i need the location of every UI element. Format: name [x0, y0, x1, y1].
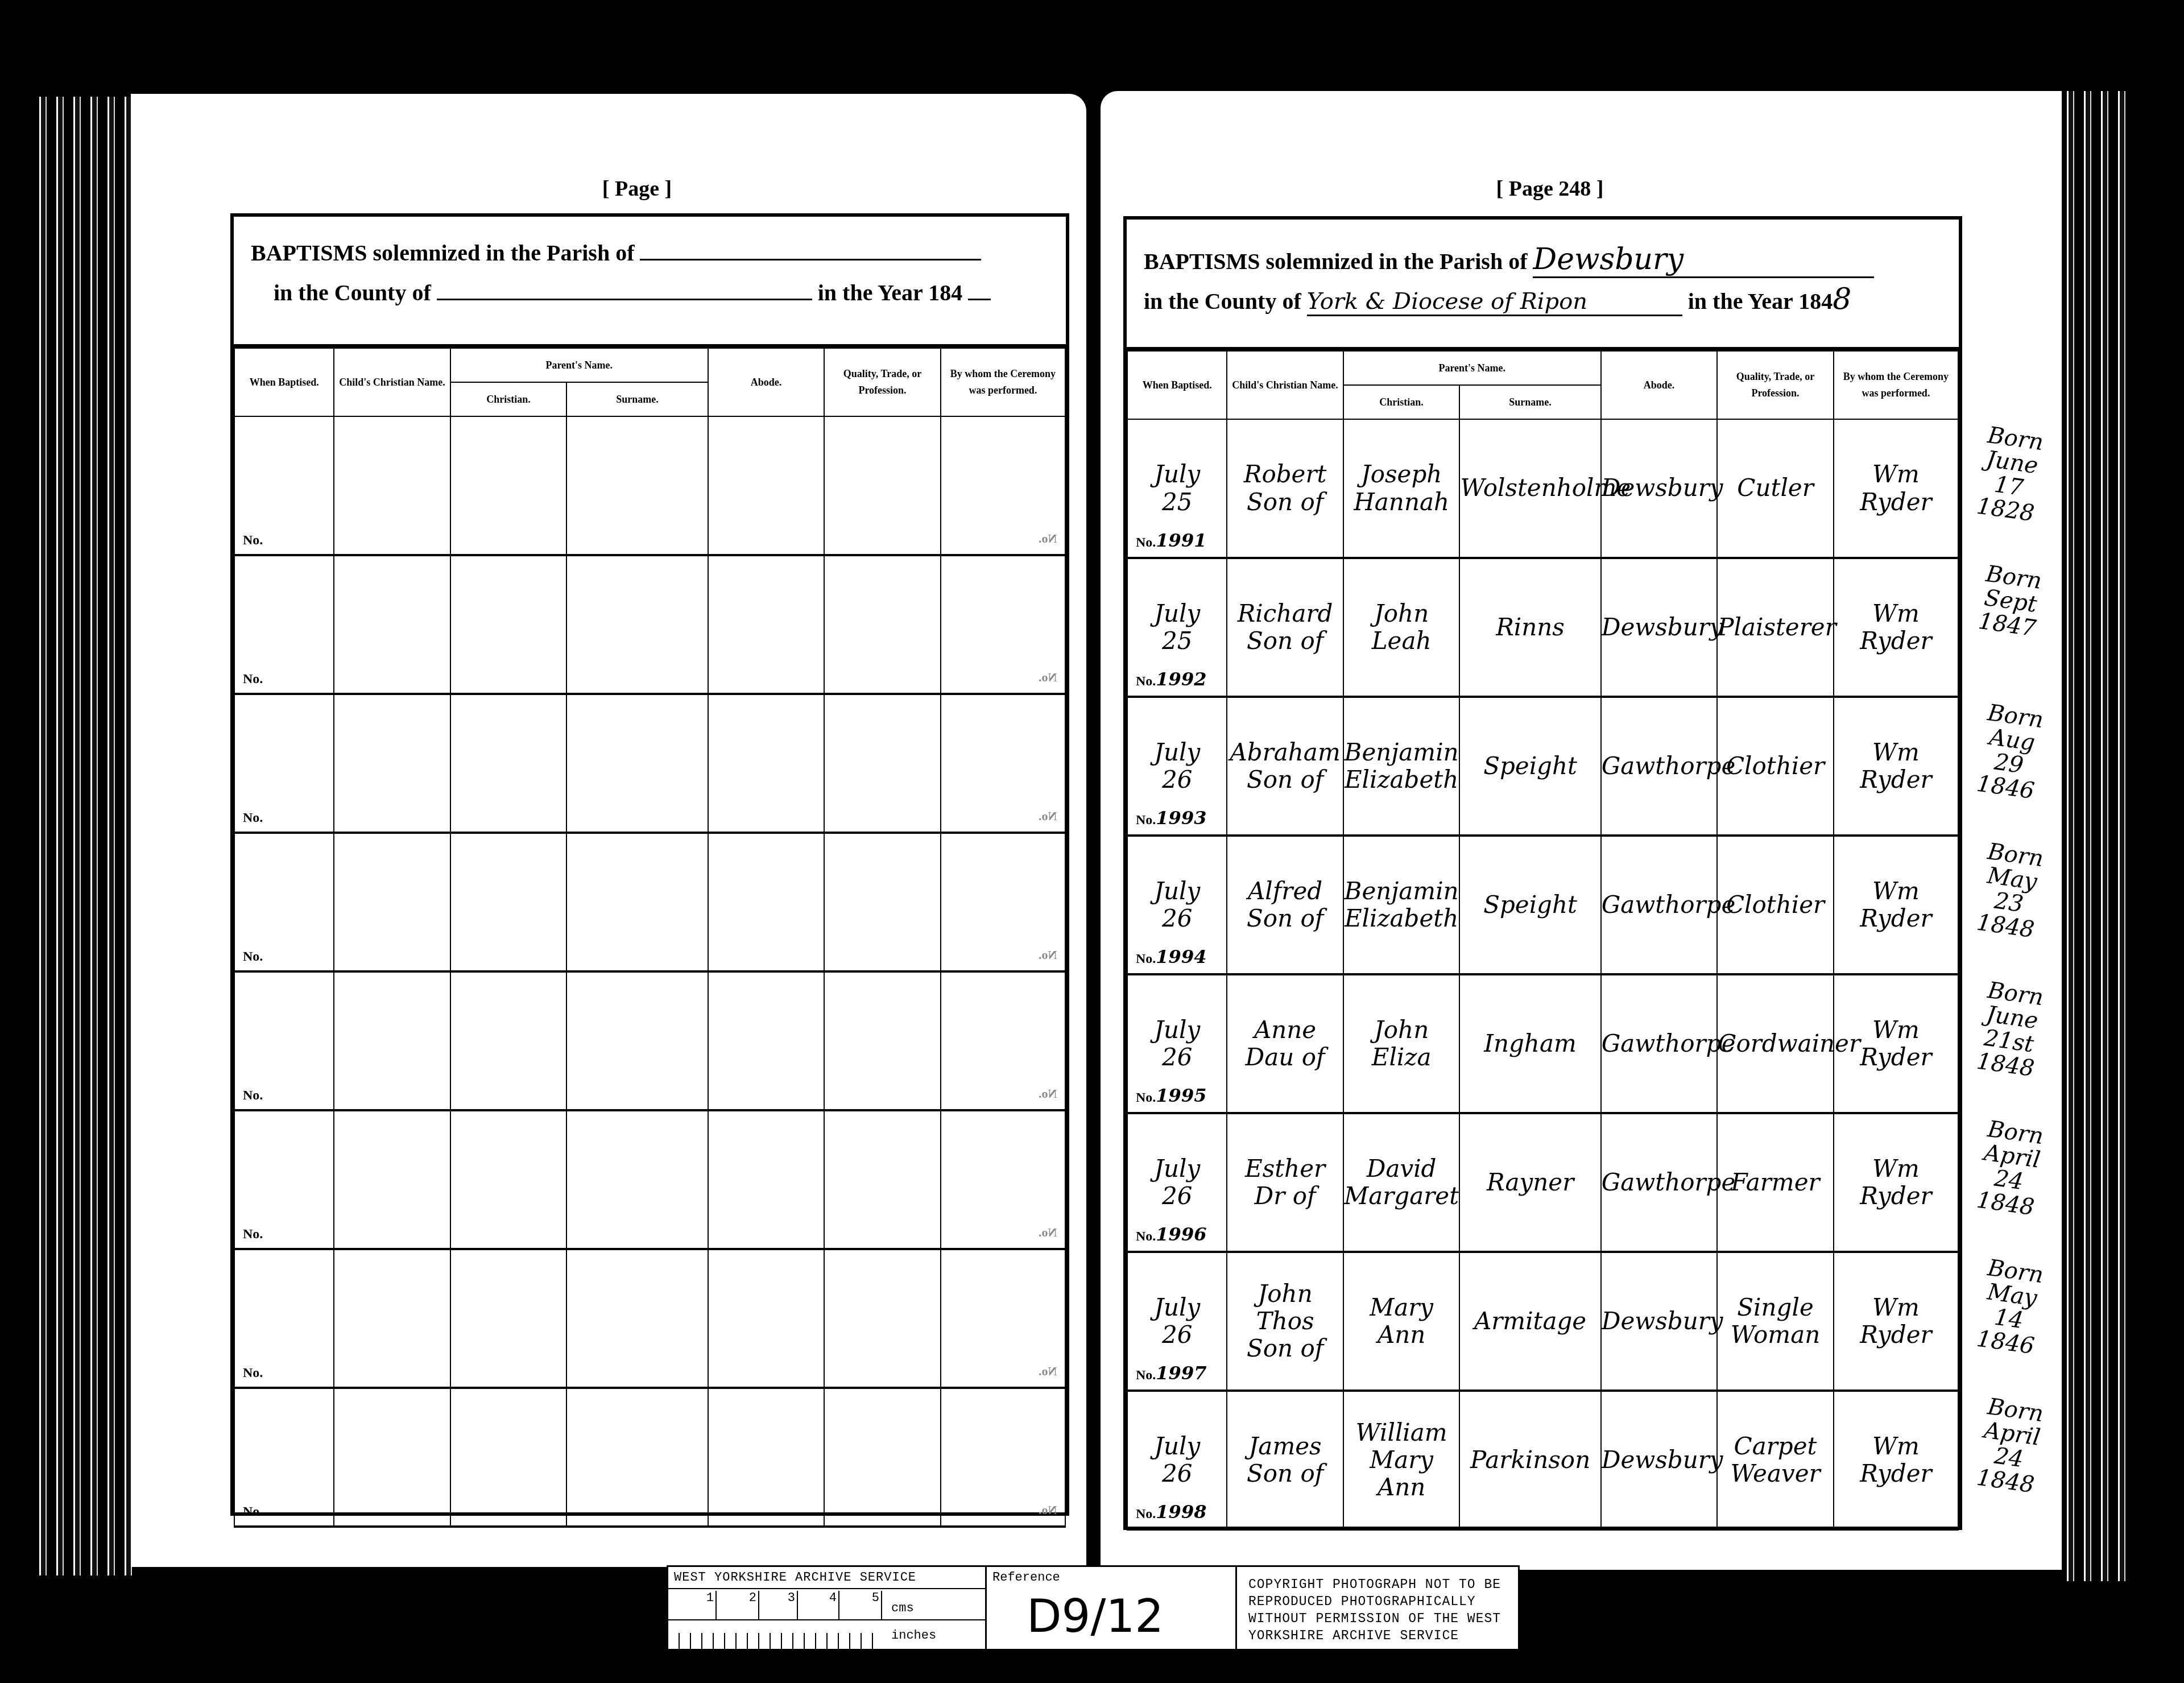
entry-day: 25 [1128, 489, 1226, 516]
officiant: Wm Ryder [1834, 878, 1958, 933]
table-cell[interactable]: WilliamMary Ann [1343, 1391, 1460, 1529]
table-cell[interactable]: BenjaminElizabeth [1343, 697, 1460, 836]
entry-month: July [1128, 600, 1226, 627]
birth-date-margin-note: Born June 17 1828 [1964, 421, 2057, 527]
table-row: No.No. [234, 1249, 1065, 1388]
left-register-table: When Baptised. Child's Christian Name. P… [234, 348, 1066, 1528]
book-edge-right [2062, 91, 2130, 1581]
entry-number: No.1992 [1136, 669, 1206, 690]
officiant: Wm Ryder [1834, 461, 1958, 516]
table-row: July25No.1992RichardSon ofJohnLeahRinnsD… [1127, 558, 1958, 697]
table-cell[interactable] [824, 694, 941, 833]
col-child-name: Child's Christian Name. [334, 348, 450, 416]
table-cell[interactable] [334, 1388, 450, 1527]
entry-month: July [1128, 461, 1226, 488]
mother-name: Margaret [1344, 1182, 1459, 1210]
table-cell[interactable] [450, 1249, 567, 1388]
table-cell[interactable]: July26No.1998 [1127, 1391, 1227, 1529]
table-cell[interactable]: Ingham [1459, 974, 1600, 1113]
table-cell[interactable]: Gawthorpe [1601, 697, 1718, 836]
officiant: Wm Ryder [1834, 1433, 1958, 1488]
table-cell[interactable]: July26No.1996 [1127, 1113, 1227, 1252]
table-row: No.No. [234, 971, 1065, 1110]
table-cell[interactable] [334, 1110, 450, 1249]
table-row: July26No.1995AnneDau ofJohnElizaInghamGa… [1127, 974, 1958, 1113]
table-cell[interactable]: RichardSon of [1227, 558, 1343, 697]
entry-day: 26 [1128, 1321, 1226, 1349]
table-cell[interactable]: Clothier [1717, 836, 1834, 974]
abode: Dewsbury [1602, 1446, 1717, 1474]
entry-number-label: No. [243, 672, 263, 687]
entry-number-label: No. [243, 811, 263, 826]
left-parish-field[interactable] [640, 259, 981, 260]
entry-month: July [1128, 739, 1226, 766]
table-row: July26No.1997John ThosSon ofMary AnnArmi… [1127, 1252, 1958, 1391]
entry-number: No.1996 [1136, 1224, 1206, 1245]
right-parish-field[interactable]: Dewsbury [1533, 242, 1874, 278]
table-cell[interactable]: Speight [1459, 697, 1600, 836]
abode: Dewsbury [1602, 474, 1717, 502]
right-parish-line: BAPTISMS solemnized in the Parish of Dew… [1144, 242, 1874, 278]
table-cell[interactable]: JamesSon of [1227, 1391, 1343, 1529]
table-cell[interactable]: Wm Ryder [1834, 836, 1958, 974]
left-form-header: BAPTISMS solemnized in the Parish of in … [234, 217, 1066, 348]
table-cell[interactable] [708, 555, 825, 694]
table-cell[interactable] [708, 1110, 825, 1249]
entry-day: 26 [1128, 1044, 1226, 1071]
table-cell[interactable]: AbrahamSon of [1227, 697, 1343, 836]
left-year-field[interactable] [968, 299, 991, 300]
ruler-section: WEST YORKSHIRE ARCHIVE SERVICE 1 2 3 4 5… [668, 1567, 987, 1649]
bleed-through-text: No. [1039, 948, 1057, 962]
relation: Son of [1227, 1335, 1343, 1362]
trade: Plaisterer [1718, 614, 1833, 641]
trade: Farmer [1718, 1169, 1833, 1196]
col-quality: Quality, Trade, or Profession. [824, 348, 941, 416]
reference-value: D9/12 [1027, 1590, 1164, 1643]
table-cell[interactable]: No. [234, 694, 334, 833]
birth-date-margin-note: Born Sept 1847 [1966, 560, 2055, 642]
table-cell[interactable]: RobertSon of [1227, 419, 1343, 558]
table-cell[interactable] [708, 971, 825, 1110]
bleed-through-text: No. [1039, 531, 1057, 546]
officiant: Wm Ryder [1834, 1294, 1958, 1349]
table-cell[interactable] [566, 694, 708, 833]
left-page: [ Page ] BAPTISMS solemnized in the Pari… [131, 94, 1086, 1567]
father-name: John [1344, 600, 1459, 627]
archive-name: WEST YORKSHIRE ARCHIVE SERVICE [668, 1567, 985, 1589]
table-cell[interactable]: July26No.1993 [1127, 697, 1227, 836]
table-cell[interactable]: No. [941, 833, 1065, 971]
col-by-whom: By whom the Ceremony was performed. [941, 348, 1065, 416]
table-cell[interactable]: Gawthorpe [1601, 1113, 1718, 1252]
col-surname: Surname. [566, 382, 708, 416]
child-name: Anne [1227, 1016, 1343, 1044]
table-cell[interactable]: July26No.1995 [1127, 974, 1227, 1113]
table-cell[interactable]: Farmer [1717, 1113, 1834, 1252]
table-cell[interactable]: No. [941, 555, 1065, 694]
bleed-through-text: No. [1039, 1086, 1057, 1101]
col-christian: Christian. [450, 382, 567, 416]
table-cell[interactable]: Carpet Weaver [1717, 1391, 1834, 1529]
col-abode: Abode. [708, 348, 825, 416]
father-name: Joseph [1344, 461, 1459, 488]
father-name: Benjamin [1344, 739, 1459, 766]
table-cell[interactable] [566, 1110, 708, 1249]
relation: Son of [1227, 766, 1343, 793]
table-cell[interactable]: July26No.1997 [1127, 1252, 1227, 1391]
table-cell[interactable] [824, 1249, 941, 1388]
right-register-form: BAPTISMS solemnized in the Parish of Dew… [1123, 216, 1962, 1530]
reference-label: Reference [987, 1567, 1235, 1588]
table-cell[interactable]: No. [941, 1110, 1065, 1249]
table-cell[interactable]: JosephHannah [1343, 419, 1460, 558]
father-name: David [1344, 1155, 1459, 1182]
abode: Gawthorpe [1602, 891, 1717, 919]
table-cell[interactable] [450, 1388, 567, 1527]
officiant: Wm Ryder [1834, 600, 1958, 655]
table-cell[interactable]: Wm Ryder [1834, 974, 1958, 1113]
table-cell[interactable] [708, 416, 825, 555]
table-row: No.No. [234, 694, 1065, 833]
table-cell[interactable]: No. [234, 555, 334, 694]
table-cell[interactable] [334, 1249, 450, 1388]
entry-number-label: No. [243, 1227, 263, 1242]
table-cell[interactable]: Rayner [1459, 1113, 1600, 1252]
trade: Carpet Weaver [1718, 1433, 1833, 1488]
child-name: Abraham [1227, 739, 1343, 766]
table-cell[interactable] [708, 1388, 825, 1527]
entry-month: July [1128, 1294, 1226, 1321]
table-cell[interactable]: No. [234, 971, 334, 1110]
surname: Rayner [1460, 1169, 1600, 1196]
col-quality: Quality, Trade, or Profession. [1717, 351, 1834, 419]
left-page-number: [ Page ] [552, 176, 722, 201]
officiant: Wm Ryder [1834, 739, 1958, 794]
entry-number: No.1997 [1136, 1363, 1206, 1384]
bleed-through-text: No. [1039, 670, 1057, 685]
entry-day: 26 [1128, 766, 1226, 793]
table-cell[interactable] [566, 1388, 708, 1527]
birth-date-margin-note: Born May 14 1846 [1964, 1254, 2057, 1360]
entry-day: 25 [1128, 627, 1226, 655]
table-cell[interactable] [566, 833, 708, 971]
table-cell[interactable]: July25No.1991 [1127, 419, 1227, 558]
bleed-through-text: No. [1039, 1225, 1057, 1240]
entry-number: No.1993 [1136, 808, 1206, 829]
child-name: Richard [1227, 600, 1343, 627]
table-cell[interactable] [334, 416, 450, 555]
child-name: Alfred [1227, 878, 1343, 905]
left-county-field[interactable] [437, 299, 812, 300]
copyright-notice: COPYRIGHT PHOTOGRAPH NOT TO BE REPRODUCE… [1248, 1576, 1510, 1644]
table-row: July26No.1993AbrahamSon ofBenjaminElizab… [1127, 697, 1958, 836]
mother-name: Leah [1344, 627, 1459, 655]
table-cell[interactable] [450, 694, 567, 833]
table-cell[interactable] [450, 971, 567, 1110]
trade: Cutler [1718, 474, 1833, 502]
father-name: William [1344, 1419, 1459, 1446]
table-cell[interactable] [824, 555, 941, 694]
table-cell[interactable] [334, 833, 450, 971]
table-cell[interactable]: Armitage [1459, 1252, 1600, 1391]
mother-name: Mary Ann [1344, 1294, 1459, 1349]
right-page: [ Page 248 ] BAPTISMS solemnized in the … [1101, 91, 2062, 1570]
officiant: Wm Ryder [1834, 1016, 1958, 1072]
surname: Ingham [1460, 1030, 1600, 1057]
child-name: Robert [1227, 461, 1343, 488]
mother-name: Eliza [1344, 1044, 1459, 1071]
bleed-through-text: No. [1039, 1503, 1057, 1517]
table-cell[interactable] [708, 694, 825, 833]
child-name: John Thos [1227, 1280, 1343, 1335]
trade: Clothier [1718, 891, 1833, 919]
entry-number: No.1998 [1136, 1502, 1206, 1523]
col-when-baptised: When Baptised. [1127, 351, 1227, 419]
table-cell[interactable]: Cordwainer [1717, 974, 1834, 1113]
left-parish-line: BAPTISMS solemnized in the Parish of [251, 239, 981, 266]
mother-name: Mary Ann [1344, 1446, 1459, 1502]
table-cell[interactable] [450, 833, 567, 971]
table-cell[interactable]: No. [234, 1388, 334, 1527]
entry-number: No.1995 [1136, 1085, 1206, 1106]
left-register-form: BAPTISMS solemnized in the Parish of in … [230, 213, 1069, 1516]
entry-number-label: No. [243, 949, 263, 965]
table-cell[interactable] [566, 1249, 708, 1388]
col-abode: Abode. [1601, 351, 1718, 419]
table-cell[interactable]: Gawthorpe [1601, 974, 1718, 1113]
officiant: Wm Ryder [1834, 1155, 1958, 1210]
relation: Son of [1227, 627, 1343, 655]
entry-month: July [1128, 878, 1226, 905]
right-county-field[interactable]: York & Diocese of Ripon [1307, 288, 1682, 316]
col-parents-name: Parent's Name. [450, 348, 708, 382]
entry-month: July [1128, 1433, 1226, 1460]
mother-name: Elizabeth [1344, 766, 1459, 793]
relation: Son of [1227, 489, 1343, 516]
table-cell[interactable] [824, 971, 941, 1110]
relation: Dr of [1227, 1182, 1343, 1210]
col-christian: Christian. [1343, 385, 1460, 419]
col-child-name: Child's Christian Name. [1227, 351, 1343, 419]
table-cell[interactable]: Plaisterer [1717, 558, 1834, 697]
surname: Rinns [1460, 614, 1600, 641]
entry-number-label: No. [243, 1366, 263, 1381]
table-cell[interactable] [334, 555, 450, 694]
birth-date-margin-note: Born April 24 1848 [1964, 1393, 2057, 1499]
table-cell[interactable] [566, 416, 708, 555]
table-cell[interactable]: John ThosSon of [1227, 1252, 1343, 1391]
bleed-through-text: No. [1039, 809, 1057, 824]
table-cell[interactable]: JohnEliza [1343, 974, 1460, 1113]
table-cell[interactable]: Wm Ryder [1834, 697, 1958, 836]
table-cell[interactable] [334, 971, 450, 1110]
table-row: July26No.1998JamesSon ofWilliamMary AnnP… [1127, 1391, 1958, 1529]
table-cell[interactable]: No. [941, 694, 1065, 833]
right-county-line: in the County of York & Diocese of Ripon… [1144, 282, 1851, 316]
table-cell[interactable]: AnneDau of [1227, 974, 1343, 1113]
surname: Speight [1460, 891, 1600, 919]
birth-date-margin-note: Born May 23 1848 [1964, 838, 2057, 944]
abode: Gawthorpe [1602, 1169, 1717, 1196]
table-cell[interactable]: No. [234, 1249, 334, 1388]
table-cell[interactable]: Dewsbury [1601, 1391, 1718, 1529]
mother-name: Hannah [1344, 489, 1459, 516]
table-row: July26No.1996EstherDr ofDavidMargaretRay… [1127, 1113, 1958, 1252]
table-row: No.No. [234, 555, 1065, 694]
table-cell[interactable] [824, 833, 941, 971]
table-cell[interactable]: No. [234, 416, 334, 555]
table-cell[interactable]: BenjaminElizabeth [1343, 836, 1460, 974]
right-page-number: [ Page 248 ] [1447, 176, 1652, 201]
table-cell[interactable]: Wolstenholme [1459, 419, 1600, 558]
abode: Dewsbury [1602, 1308, 1717, 1335]
entry-number-label: No. [243, 1504, 263, 1520]
book-edge-left [34, 97, 136, 1576]
right-year-field[interactable]: 8 [1833, 282, 1851, 316]
table-row: July26No.1994AlfredSon ofBenjaminElizabe… [1127, 836, 1958, 974]
relation: Son of [1227, 905, 1343, 932]
col-by-whom: By whom the Ceremony was performed. [1834, 351, 1958, 419]
table-row: July25No.1991RobertSon ofJosephHannahWol… [1127, 419, 1958, 558]
table-cell[interactable]: Mary Ann [1343, 1252, 1460, 1391]
trade: Clothier [1718, 752, 1833, 780]
table-cell[interactable] [824, 416, 941, 555]
table-cell[interactable]: Dewsbury [1601, 558, 1718, 697]
entry-number: No.1994 [1136, 946, 1206, 967]
father-name: Benjamin [1344, 878, 1459, 905]
table-cell[interactable]: Dewsbury [1601, 1252, 1718, 1391]
surname: Parkinson [1460, 1446, 1600, 1474]
entry-number: No.1991 [1136, 530, 1206, 551]
table-cell[interactable] [450, 555, 567, 694]
table-cell[interactable]: Wm Ryder [1834, 558, 1958, 697]
table-cell[interactable]: No. [234, 833, 334, 971]
table-cell[interactable]: Speight [1459, 836, 1600, 974]
table-cell[interactable] [450, 1110, 567, 1249]
birth-date-margin-note: Born June 21st 1848 [1964, 977, 2057, 1082]
table-cell[interactable]: Single Woman [1717, 1252, 1834, 1391]
table-cell[interactable]: Clothier [1717, 697, 1834, 836]
trade: Cordwainer [1718, 1030, 1833, 1057]
table-cell[interactable]: Wm Ryder [1834, 1252, 1958, 1391]
table-cell[interactable]: JohnLeah [1343, 558, 1460, 697]
table-cell[interactable] [824, 1110, 941, 1249]
bleed-through-text: No. [1039, 1364, 1057, 1379]
table-cell[interactable] [566, 971, 708, 1110]
table-row: No.No. [234, 416, 1065, 555]
table-cell[interactable]: July26No.1994 [1127, 836, 1227, 974]
table-cell[interactable] [824, 1388, 941, 1527]
left-county-line: in the County of in the Year 184 [274, 279, 991, 306]
surname: Speight [1460, 752, 1600, 780]
entry-number-label: No. [243, 533, 263, 548]
mother-name: Elizabeth [1344, 905, 1459, 932]
col-surname: Surname. [1459, 385, 1600, 419]
relation: Son of [1227, 1460, 1343, 1487]
entry-month: July [1128, 1155, 1226, 1182]
col-when-baptised: When Baptised. [234, 348, 334, 416]
col-parents-name: Parent's Name. [1343, 351, 1601, 385]
archive-label-strip: WEST YORKSHIRE ARCHIVE SERVICE 1 2 3 4 5… [667, 1565, 1520, 1651]
abode: Gawthorpe [1602, 752, 1717, 780]
table-cell[interactable]: AlfredSon of [1227, 836, 1343, 974]
table-row: No.No. [234, 833, 1065, 971]
birth-date-margin-note: Born Aug 29 1846 [1964, 699, 2057, 805]
table-row: No.No. [234, 1388, 1065, 1527]
inch-ruler: inches [668, 1620, 985, 1649]
table-cell[interactable]: Cutler [1717, 419, 1834, 558]
table-cell[interactable]: Parkinson [1459, 1391, 1600, 1529]
table-cell[interactable]: Rinns [1459, 558, 1600, 697]
table-cell[interactable]: Dewsbury [1601, 419, 1718, 558]
entry-day: 26 [1128, 905, 1226, 932]
right-form-header: BAPTISMS solemnized in the Parish of Dew… [1127, 220, 1959, 350]
trade: Single Woman [1718, 1294, 1833, 1349]
birth-date-margin-note: Born April 24 1848 [1964, 1115, 2057, 1221]
child-name: James [1227, 1433, 1343, 1460]
abode: Dewsbury [1602, 614, 1717, 641]
entry-day: 26 [1128, 1182, 1226, 1210]
child-name: Esther [1227, 1155, 1343, 1182]
abode: Gawthorpe [1602, 1030, 1717, 1057]
entry-month: July [1128, 1016, 1226, 1044]
table-cell[interactable] [708, 1249, 825, 1388]
entry-number-label: No. [243, 1088, 263, 1103]
table-cell[interactable]: Wm Ryder [1834, 1113, 1958, 1252]
table-cell[interactable]: No. [941, 1249, 1065, 1388]
table-cell[interactable]: No. [941, 416, 1065, 555]
reference-section: Reference D9/12 [987, 1567, 1237, 1649]
table-row: No.No. [234, 1110, 1065, 1249]
entry-day: 26 [1128, 1460, 1226, 1487]
father-name: John [1344, 1016, 1459, 1044]
table-cell[interactable]: Wm Ryder [1834, 419, 1958, 558]
cm-ruler: 1 2 3 4 5 cms [668, 1591, 985, 1620]
table-cell[interactable]: Wm Ryder [1834, 1391, 1958, 1529]
table-cell[interactable] [708, 833, 825, 971]
table-cell[interactable]: EstherDr of [1227, 1113, 1343, 1252]
table-cell[interactable] [334, 694, 450, 833]
table-cell[interactable]: No. [941, 971, 1065, 1110]
table-cell[interactable] [450, 416, 567, 555]
table-cell[interactable]: No. [941, 1388, 1065, 1527]
surname: Wolstenholme [1460, 474, 1600, 502]
table-cell[interactable]: No. [234, 1110, 334, 1249]
right-register-table: When Baptised. Child's Christian Name. P… [1127, 350, 1959, 1531]
surname: Armitage [1460, 1308, 1600, 1335]
table-cell[interactable]: July25No.1992 [1127, 558, 1227, 697]
table-cell[interactable] [566, 555, 708, 694]
table-cell[interactable]: Gawthorpe [1601, 836, 1718, 974]
relation: Dau of [1227, 1044, 1343, 1071]
table-cell[interactable]: DavidMargaret [1343, 1113, 1460, 1252]
